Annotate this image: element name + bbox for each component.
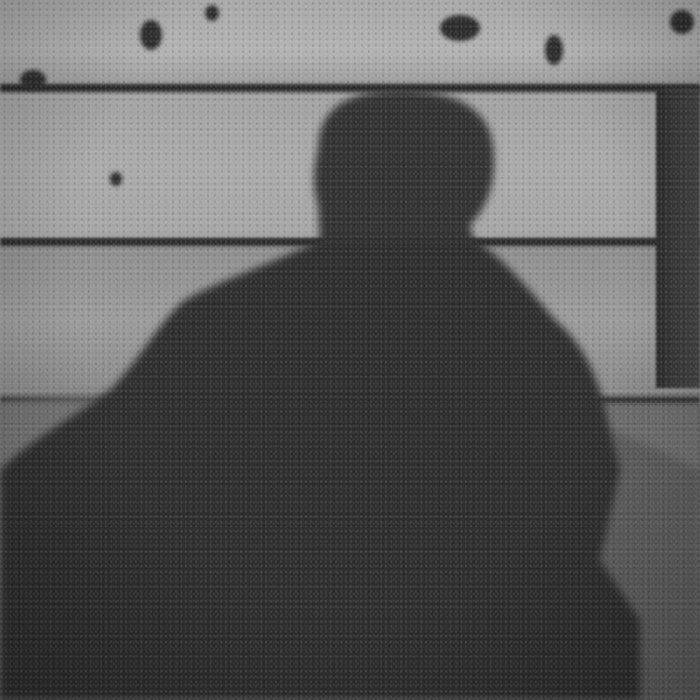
person-shadow xyxy=(0,0,700,700)
photograph xyxy=(0,0,700,700)
